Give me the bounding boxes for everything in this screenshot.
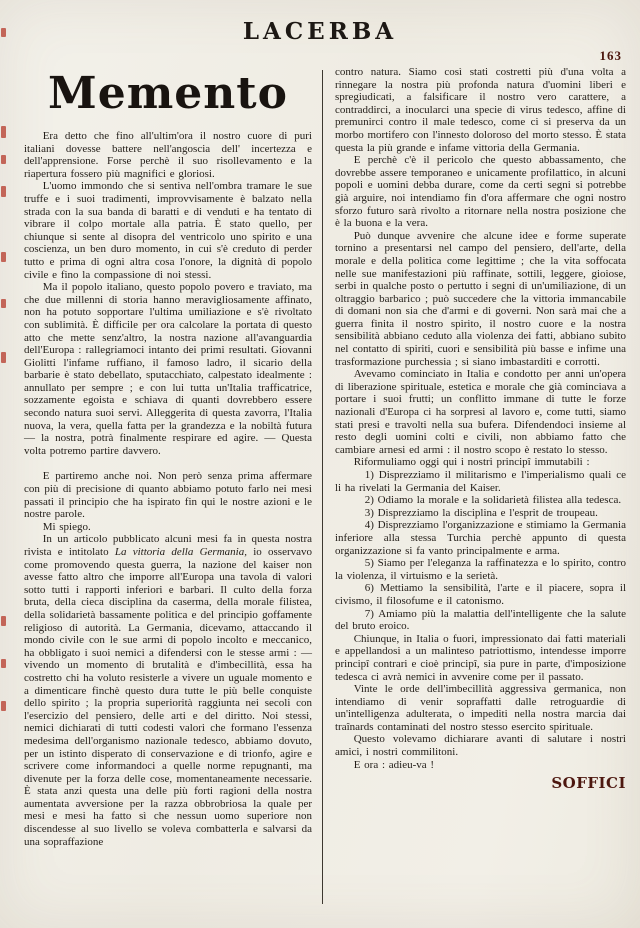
red-edge-mark [1,126,6,138]
red-edge-mark [1,186,6,197]
paragraph: Può dunque avvenire che alcune idee e fo… [335,230,626,369]
left-column: Memento Era detto che fino all'ultim'ora… [24,66,312,918]
left-column-text: Era detto che fino all'ultim'ora il nost… [24,130,312,848]
paragraph: L'uomo immondo che si sentiva nell'ombra… [24,180,312,281]
page-number: 163 [600,48,623,64]
paragraph: E ora : adieu-va ! [335,759,626,772]
paragraph: contro natura. Siamo così stati costrett… [335,66,626,154]
list-item: 3) Disprezziamo la disciplina e l'esprit… [335,507,626,520]
red-edge-mark [1,252,6,262]
paragraph: Mi spiego. [24,521,312,534]
right-column: contro natura. Siamo così stati costrett… [328,66,626,918]
list-item: 5) Siamo per l'eleganza la raffinatezza … [335,557,626,582]
article-title: Memento [24,72,312,116]
red-edge-mark [1,616,6,626]
list-item: 1) Disprezziamo il militarismo e l'imper… [335,469,626,494]
red-edge-mark [1,299,6,308]
right-column-text: contro natura. Siamo così stati costrett… [335,66,626,771]
paragraph: Avevamo cominciato in Italia e condotto … [335,368,626,456]
paragraph: Questo volevamo dichiarare avanti di sal… [335,733,626,758]
masthead-title: LACERBA [0,18,640,45]
list-item: 4) Disprezziamo l'organizzazione e stimi… [335,519,626,557]
red-edge-mark [1,28,6,37]
two-column-layout: Memento Era detto che fino all'ultim'ora… [24,66,626,918]
paragraph: In un articolo pubblicato alcuni mesi fa… [24,533,312,848]
paragraph: Era detto che fino all'ultim'ora il nost… [24,130,312,180]
paragraph: E perchè c'è il pericolo che questo abba… [335,154,626,230]
author-signature: SOFFICI [335,774,626,792]
paragraph: Ma il popolo italiano, questo popolo pov… [24,281,312,457]
list-item: 7) Amiamo più la malattia dell'intellige… [335,608,626,633]
list-item: 6) Mettiamo la sensibilità, l'arte e il … [335,582,626,607]
paragraph: Vinte le orde dell'imbecillità aggressiv… [335,683,626,733]
red-edge-mark [1,701,6,711]
paragraph: Riformuliamo oggi qui i nostri principî … [335,456,626,469]
column-divider-rule [322,70,323,904]
paragraph: E partiremo anche noi. Non però senza pr… [24,470,312,520]
red-edge-mark [1,659,6,668]
red-edge-mark [1,155,6,164]
list-item: 2) Odiamo la morale e la solidarietà fil… [335,494,626,507]
red-edge-mark [1,352,6,363]
journal-page: LACERBA 163 Memento Era detto che fino a… [0,0,640,928]
paragraph: Chiunque, in Italia o fuori, impressiona… [335,633,626,683]
